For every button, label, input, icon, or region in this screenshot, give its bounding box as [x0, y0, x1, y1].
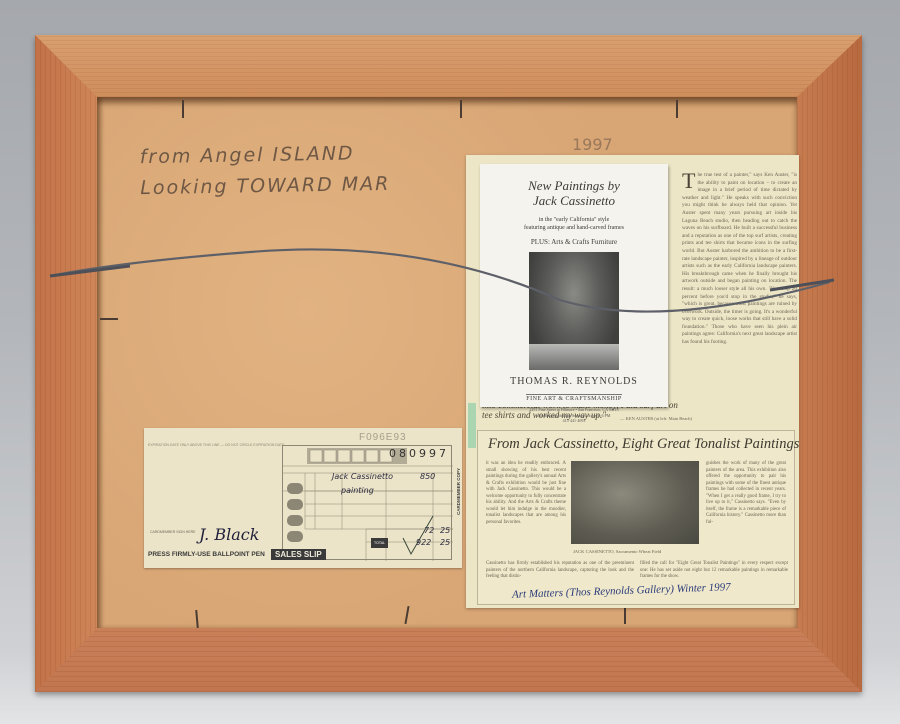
slip-card-logos	[287, 483, 303, 547]
flyer-phone: 415·441·4093	[480, 418, 668, 424]
clipping-title: From Jack Cassinetto, Eight Great Tonali…	[488, 436, 799, 453]
retaining-nail	[624, 606, 626, 624]
visa-card-icon	[287, 483, 303, 494]
newspaper-clipping: From Jack Cassinetto, Eight Great Tonali…	[477, 430, 795, 605]
clipping-bottom-right: filled the call for "Eight Great Tonalis…	[640, 561, 788, 581]
flyer-address: 2291 Pine Street at Fillmore • San Franc…	[480, 407, 668, 424]
flyer-title-line-1: New Paintings by	[480, 178, 668, 193]
clipping-painting-image	[571, 461, 699, 544]
clipping-column-left: it was an idea he readily embraced. A sm…	[486, 461, 566, 526]
green-tape	[468, 403, 476, 448]
clipping-bottom-left: Cassinetto has firmly established his re…	[486, 561, 634, 581]
slip-date-value: 080997	[389, 447, 449, 460]
slip-expiry-note: EXPIRATION DATE ONLY ABOVE THIS LINE — D…	[148, 443, 284, 447]
clipping-caption: JACK CASSINETTO, Sacramento Wheat Field	[573, 549, 661, 554]
slip-press-label: PRESS FIRMLY-USE BALLPOINT PEN	[148, 551, 265, 558]
flyer-title-line-2: Jack Cassinetto	[480, 193, 668, 208]
frame-rail-bottom	[35, 628, 862, 692]
frame-rail-right	[797, 35, 862, 692]
pencil-inscription: from Angel ISLAND Looking TOWARD MAR	[139, 138, 390, 204]
frame-rail-top	[35, 35, 862, 97]
frame-rail-left	[35, 35, 97, 692]
flyer-tagline: FINE ART & CRAFTSMANSHIP	[526, 394, 621, 402]
clipping-column-right: guishes the work of many of the great pa…	[706, 461, 786, 526]
mastercard-icon	[287, 499, 303, 510]
flyer-subtitle-line-2: featuring antique and hand-carved frames	[480, 224, 668, 232]
slip-serial: F096E93	[359, 432, 407, 443]
slip-amount: 850	[420, 472, 435, 481]
slip-cardmember-label: CARDMEMBER SIGN HERE	[150, 530, 196, 534]
article-body: he true test of a painter," says Ken Aus…	[682, 172, 797, 345]
retaining-nail	[100, 318, 118, 320]
pencil-year: 1997	[572, 135, 613, 154]
retaining-nail	[460, 100, 462, 118]
flyer-subtitle-line-1: in the "early California" style	[480, 216, 668, 224]
flyer-title: New Paintings by Jack Cassinetto	[480, 178, 668, 208]
slip-total-cents: 25	[440, 538, 450, 547]
flyer-painting-image	[529, 252, 619, 370]
slip-line-item-1: Jack Cassinetto	[332, 472, 393, 481]
slip-sales-label: SALES SLIP	[271, 549, 326, 560]
article-column: The true test of a painter," says Ken Au…	[682, 172, 797, 347]
inscription-line-2: Looking TOWARD MAR	[140, 169, 391, 204]
slip-total: 922	[416, 538, 431, 547]
gallery-flyer: New Paintings by Jack Cassinetto in the …	[480, 164, 668, 407]
slip-signature: J. Black	[199, 525, 259, 544]
retaining-nail	[676, 100, 678, 118]
flyer-plus: PLUS: Arts & Crafts Furniture	[480, 238, 668, 246]
slip-tax: 72	[424, 526, 434, 535]
diners-card-icon	[287, 531, 303, 542]
slip-copy-label: CARDMEMBER COPY	[456, 468, 461, 515]
discover-card-icon	[287, 515, 303, 526]
sales-slip: F096E93 EXPIRATION DATE ONLY ABOVE THIS …	[144, 428, 462, 568]
retaining-nail	[182, 100, 184, 118]
article-dropcap: T	[682, 172, 695, 190]
slip-line-item-2: painting	[341, 486, 374, 495]
inscription-line-1: from Angel ISLAND	[139, 138, 390, 173]
slip-total-label: TOTAL	[371, 538, 388, 548]
slip-tax-cents: 25	[440, 526, 450, 535]
flyer-gallery-name: THOMAS R. REYNOLDS	[480, 376, 668, 387]
flyer-subtitle: in the "early California" style featurin…	[480, 216, 668, 232]
